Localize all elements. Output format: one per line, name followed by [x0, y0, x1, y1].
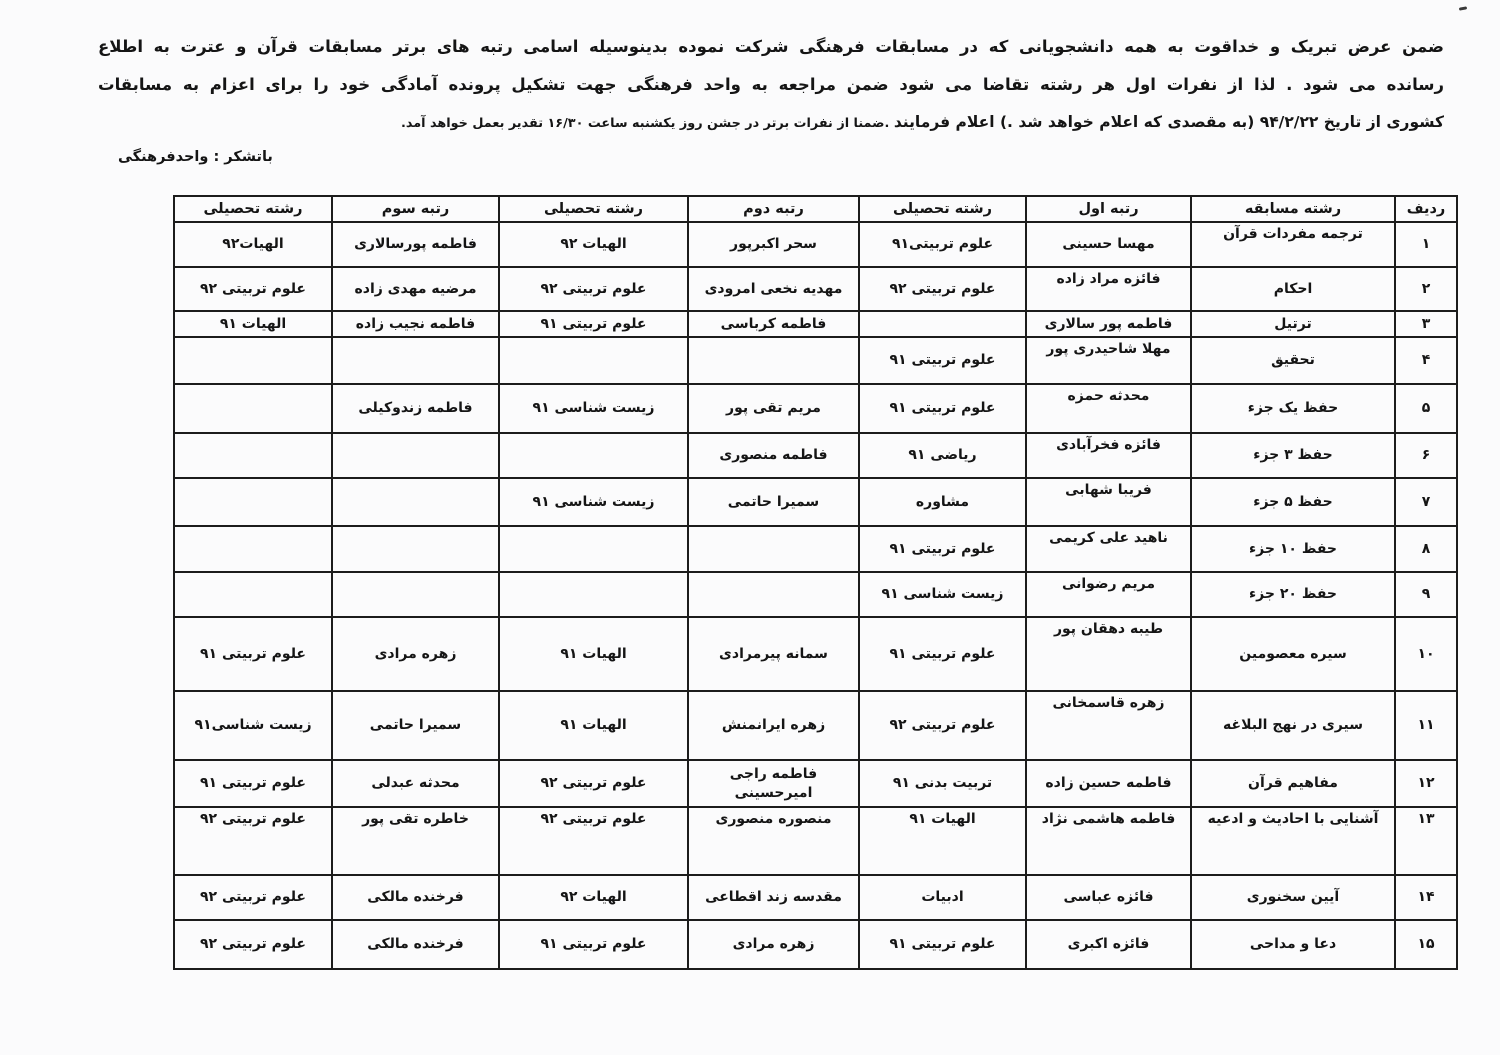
rank2-name-cell: فاطمه کرباسی	[688, 311, 859, 337]
results-table: ردیفرشته مسابقهرتبه اولرشته تحصیلیرتبه د…	[173, 195, 1458, 970]
rank3-edu-cell	[174, 572, 332, 617]
competition-cell: حفظ ۲۰ جزء	[1191, 572, 1395, 617]
rank2-edu-cell: الهیات ۹۲	[499, 875, 688, 920]
row-number-cell: ۴	[1395, 337, 1457, 384]
col-third-rank: رتبه سوم	[332, 196, 499, 222]
announcement-line-1: ضمن عرض تبریک و خداقوت به همه دانشجویانی…	[98, 28, 1444, 66]
rank2-name-cell: فاطمه راجی امیرحسینی	[688, 760, 859, 807]
rank3-name-cell: فاطمه زندوکیلی	[332, 384, 499, 433]
rank2-edu-cell: علوم تربیتی ۹۱	[499, 920, 688, 969]
table-row: ۹حفظ ۲۰ جزءمریم رضوانیزیست شناسی ۹۱	[174, 572, 1457, 617]
table-body: ۱ترجمه مفردات قرآنمهسا حسینیعلوم تربیتی۹…	[174, 222, 1457, 969]
competition-cell: آیین سخنوری	[1191, 875, 1395, 920]
rank1-edu-cell: مشاوره	[859, 478, 1026, 526]
rank3-edu-cell: علوم تربیتی ۹۲	[174, 267, 332, 311]
competition-cell: حفظ ۵ جزء	[1191, 478, 1395, 526]
rank1-name-cell: مریم رضوانی	[1026, 572, 1191, 617]
rank2-name-cell: مقدسه زند اقطاعی	[688, 875, 859, 920]
table-row: ۳ترتیلفاطمه پور سالاریفاطمه کرباسیعلوم ت…	[174, 311, 1457, 337]
row-number-cell: ۵	[1395, 384, 1457, 433]
table-row: ۱۰سیره معصومینطیبه دهقان پورعلوم تربیتی …	[174, 617, 1457, 691]
table-row: ۵حفظ یک جزءمحدثه حمزهعلوم تربیتی ۹۱مریم …	[174, 384, 1457, 433]
rank3-name-cell	[332, 526, 499, 572]
table-row: ۱۳آشنایی با احادیث و ادعیهفاطمه هاشمی نژ…	[174, 807, 1457, 875]
row-number-cell: ۱۱	[1395, 691, 1457, 760]
table-row: ۴تحقیقمهلا شاحیدری پورعلوم تربیتی ۹۱	[174, 337, 1457, 384]
rank3-edu-cell: زیست شناسی۹۱	[174, 691, 332, 760]
rank3-edu-cell	[174, 384, 332, 433]
rank2-edu-cell: علوم تربیتی ۹۲	[499, 267, 688, 311]
row-number-cell: ۶	[1395, 433, 1457, 478]
rank1-edu-cell: الهیات ۹۱	[859, 807, 1026, 875]
row-number-cell: ۱۰	[1395, 617, 1457, 691]
rank3-edu-cell: الهیات ۹۱	[174, 311, 332, 337]
rank3-name-cell: فاطمه نجیب زاده	[332, 311, 499, 337]
row-number-cell: ۱۴	[1395, 875, 1457, 920]
rank1-name-cell: فائزه اکبری	[1026, 920, 1191, 969]
rank2-edu-cell: زیست شناسی ۹۱	[499, 384, 688, 433]
rank3-edu-cell	[174, 478, 332, 526]
competition-cell: دعا و مداحی	[1191, 920, 1395, 969]
row-number-cell: ۱۲	[1395, 760, 1457, 807]
rank2-name-cell: سمانه پیرمرادی	[688, 617, 859, 691]
competition-cell: حفظ ۱۰ جزء	[1191, 526, 1395, 572]
table-row: ۲احکامفائزه مراد زادهعلوم تربیتی ۹۲مهدیه…	[174, 267, 1457, 311]
scanned-document-page: ّ ضمن عرض تبریک و خداقوت به همه دانشجویا…	[0, 0, 1500, 1055]
row-number-cell: ۹	[1395, 572, 1457, 617]
rank1-edu-cell: علوم تربیتی ۹۱	[859, 384, 1026, 433]
announcement-line-3-main: کشوری از تاریخ ۹۴/۲/۲۲ (به مقصدی که اعلا…	[894, 113, 1444, 131]
row-number-cell: ۱	[1395, 222, 1457, 267]
rank2-edu-cell: علوم تربیتی ۹۱	[499, 311, 688, 337]
rank3-name-cell: خاطره تقی پور	[332, 807, 499, 875]
col-first-rank: رتبه اول	[1026, 196, 1191, 222]
rank3-edu-cell: علوم تربیتی ۹۲	[174, 875, 332, 920]
rank2-edu-cell	[499, 433, 688, 478]
rank1-edu-cell: ریاضی ۹۱	[859, 433, 1026, 478]
competition-cell: احکام	[1191, 267, 1395, 311]
rank3-name-cell: فاطمه پورسالاری	[332, 222, 499, 267]
col-second-rank: رتبه دوم	[688, 196, 859, 222]
table-row: ۸حفظ ۱۰ جزءناهید علی کریمیعلوم تربیتی ۹۱	[174, 526, 1457, 572]
rank1-edu-cell: ادبیات	[859, 875, 1026, 920]
rank3-edu-cell: علوم تربیتی ۹۱	[174, 760, 332, 807]
rank1-edu-cell: زیست شناسی ۹۱	[859, 572, 1026, 617]
rank1-edu-cell: علوم تربیتی ۹۱	[859, 617, 1026, 691]
rank1-name-cell: فاطمه پور سالاری	[1026, 311, 1191, 337]
rank2-edu-cell: الهیات ۹۱	[499, 617, 688, 691]
rank1-edu-cell: علوم تربیتی ۹۱	[859, 920, 1026, 969]
rank1-edu-cell: علوم تربیتی ۹۲	[859, 267, 1026, 311]
rank3-edu-cell: علوم تربیتی ۹۲	[174, 807, 332, 875]
rank3-name-cell	[332, 337, 499, 384]
rank1-name-cell: فاطمه حسین زاده	[1026, 760, 1191, 807]
rank1-name-cell: فائزه فخرآبادی	[1026, 433, 1191, 478]
row-number-cell: ۱۳	[1395, 807, 1457, 875]
rank3-name-cell: فرخنده مالکی	[332, 920, 499, 969]
row-number-cell: ۳	[1395, 311, 1457, 337]
col-row-number: ردیف	[1395, 196, 1457, 222]
rank2-edu-cell: زیست شناسی ۹۱	[499, 478, 688, 526]
table-row: ۶حفظ ۳ جزءفائزه فخرآبادیریاضی ۹۱فاطمه من…	[174, 433, 1457, 478]
rank2-name-cell: سمیرا حاتمی	[688, 478, 859, 526]
table-row: ۷حفظ ۵ جزءفریبا شهابیمشاورهسمیرا حاتمیزی…	[174, 478, 1457, 526]
table-row: ۱ترجمه مفردات قرآنمهسا حسینیعلوم تربیتی۹…	[174, 222, 1457, 267]
rank1-name-cell: ناهید علی کریمی	[1026, 526, 1191, 572]
rank1-edu-cell: علوم تربیتی ۹۲	[859, 691, 1026, 760]
rank1-name-cell: فائزه مراد زاده	[1026, 267, 1191, 311]
row-number-cell: ۱۵	[1395, 920, 1457, 969]
rank2-name-cell: سحر اکبرپور	[688, 222, 859, 267]
announcement-line-2: رسانده می شود . لذا از نفرات اول هر رشته…	[98, 66, 1444, 104]
rank3-name-cell	[332, 478, 499, 526]
rank2-name-cell	[688, 337, 859, 384]
row-number-cell: ۷	[1395, 478, 1457, 526]
rank1-edu-cell: علوم تربیتی ۹۱	[859, 526, 1026, 572]
rank2-edu-cell: الهیات ۹۱	[499, 691, 688, 760]
competition-cell: آشنایی با احادیث و ادعیه	[1191, 807, 1395, 875]
rank1-name-cell: فریبا شهابی	[1026, 478, 1191, 526]
rank2-edu-cell	[499, 526, 688, 572]
row-number-cell: ۸	[1395, 526, 1457, 572]
scan-artifact-mark: ّ	[1377, 0, 1379, 23]
announcement-line-3-note: .ضمنا از نفرات برتر در جشن روز یکشنبه سا…	[401, 116, 894, 131]
rank1-name-cell: زهره قاسمخانی	[1026, 691, 1191, 760]
rank2-edu-cell	[499, 572, 688, 617]
scan-artifact-dot	[1459, 6, 1467, 10]
rank1-edu-cell: تربیت بدنی ۹۱	[859, 760, 1026, 807]
col-academic-field-1: رشته تحصیلی	[859, 196, 1026, 222]
rank1-edu-cell: علوم تربیتی ۹۱	[859, 337, 1026, 384]
rank2-name-cell: مهدیه نخعی امرودی	[688, 267, 859, 311]
rank2-name-cell	[688, 572, 859, 617]
rank2-edu-cell: الهیات ۹۲	[499, 222, 688, 267]
signature-line: باتشکر : واحدفرهنگی	[118, 149, 273, 165]
rank1-name-cell: طیبه دهقان پور	[1026, 617, 1191, 691]
row-number-cell: ۲	[1395, 267, 1457, 311]
competition-cell: حفظ یک جزء	[1191, 384, 1395, 433]
rank3-name-cell	[332, 433, 499, 478]
rank2-name-cell: فاطمه منصوری	[688, 433, 859, 478]
rank3-edu-cell: الهیات۹۲	[174, 222, 332, 267]
rank3-edu-cell: علوم تربیتی ۹۲	[174, 920, 332, 969]
competition-cell: ترتیل	[1191, 311, 1395, 337]
table-row: ۱۱سیری در نهج البلاغهزهره قاسمخانیعلوم ت…	[174, 691, 1457, 760]
rank2-name-cell: زهره ایرانمنش	[688, 691, 859, 760]
table-row: ۱۵دعا و مداحیفائزه اکبریعلوم تربیتی ۹۱زه…	[174, 920, 1457, 969]
competition-cell: حفظ ۳ جزء	[1191, 433, 1395, 478]
col-academic-field-3: رشته تحصیلی	[174, 196, 332, 222]
rank3-name-cell	[332, 572, 499, 617]
competition-cell: تحقیق	[1191, 337, 1395, 384]
announcement-paragraph: ضمن عرض تبریک و خداقوت به همه دانشجویانی…	[98, 28, 1444, 140]
rank3-name-cell: فرخنده مالکی	[332, 875, 499, 920]
rank1-name-cell: محدثه حمزه	[1026, 384, 1191, 433]
rank1-name-cell: مهلا شاحیدری پور	[1026, 337, 1191, 384]
rank1-name-cell: فاطمه هاشمی نژاد	[1026, 807, 1191, 875]
rank2-name-cell	[688, 526, 859, 572]
rank3-name-cell: زهره مرادی	[332, 617, 499, 691]
rank2-name-cell: زهره مرادی	[688, 920, 859, 969]
rank3-name-cell: سمیرا حاتمی	[332, 691, 499, 760]
rank3-edu-cell	[174, 526, 332, 572]
rank3-name-cell: مرضیه مهدی زاده	[332, 267, 499, 311]
rank2-edu-cell: علوم تربیتی ۹۲	[499, 807, 688, 875]
rank3-edu-cell	[174, 433, 332, 478]
rank3-name-cell: محدثه عبدلی	[332, 760, 499, 807]
table-row: ۱۴آیین سخنوریفائزه عباسیادبیاتمقدسه زند …	[174, 875, 1457, 920]
rank2-name-cell: مریم تقی پور	[688, 384, 859, 433]
competition-cell: سیری در نهج البلاغه	[1191, 691, 1395, 760]
rank3-edu-cell	[174, 337, 332, 384]
table-header-row: ردیفرشته مسابقهرتبه اولرشته تحصیلیرتبه د…	[174, 196, 1457, 222]
col-competition-field: رشته مسابقه	[1191, 196, 1395, 222]
rank3-edu-cell: علوم تربیتی ۹۱	[174, 617, 332, 691]
rank1-name-cell: فائزه عباسی	[1026, 875, 1191, 920]
rank1-name-cell: مهسا حسینی	[1026, 222, 1191, 267]
rank2-edu-cell: علوم تربیتی ۹۲	[499, 760, 688, 807]
announcement-line-3: کشوری از تاریخ ۹۴/۲/۲۲ (به مقصدی که اعلا…	[98, 104, 1444, 140]
rank2-name-cell: منصوره منصوری	[688, 807, 859, 875]
rank1-edu-cell	[859, 311, 1026, 337]
competition-cell: مفاهیم قرآن	[1191, 760, 1395, 807]
col-academic-field-2: رشته تحصیلی	[499, 196, 688, 222]
competition-cell: سیره معصومین	[1191, 617, 1395, 691]
competition-cell: ترجمه مفردات قرآن	[1191, 222, 1395, 267]
rank2-edu-cell	[499, 337, 688, 384]
table-row: ۱۲مفاهیم قرآنفاطمه حسین زادهتربیت بدنی ۹…	[174, 760, 1457, 807]
rank1-edu-cell: علوم تربیتی۹۱	[859, 222, 1026, 267]
